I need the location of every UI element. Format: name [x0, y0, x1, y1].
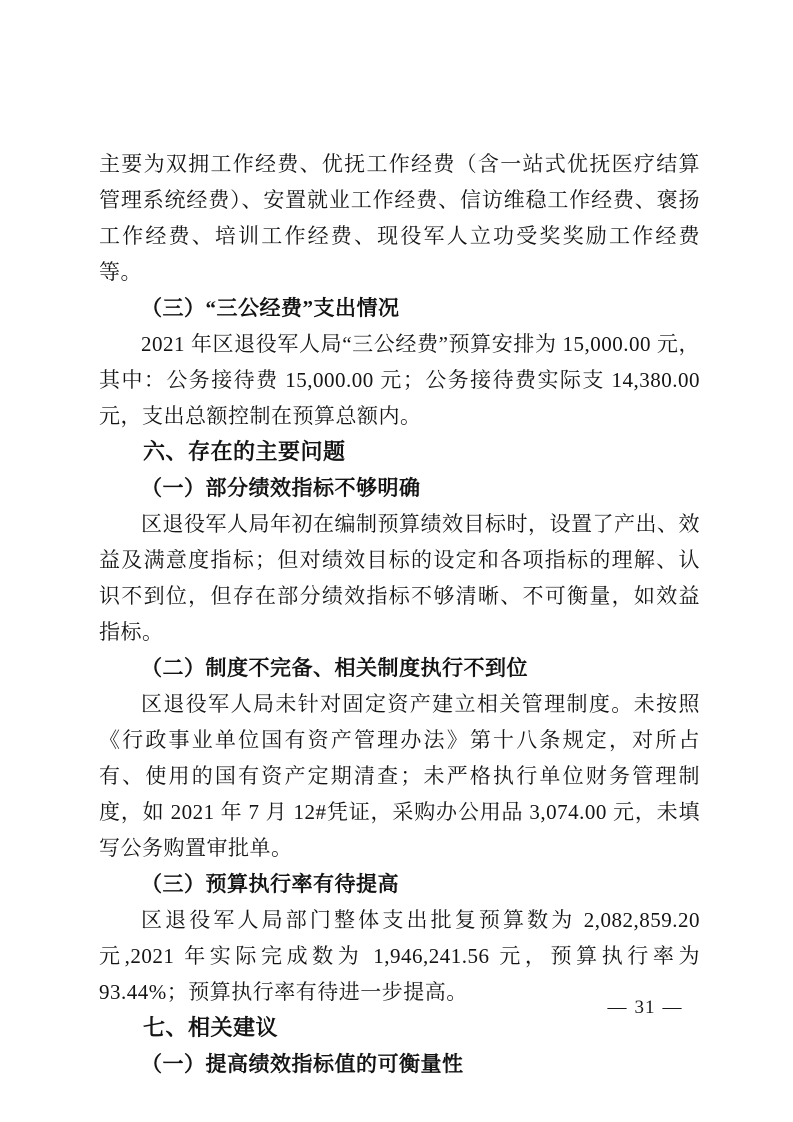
heading-three-public-expenses: （三）“三公经费”支出情况	[99, 290, 700, 326]
heading-problem-one-unclear-indicators: （一）部分绩效指标不够明确	[99, 470, 700, 506]
paragraph-three-public-expenses-detail: 2021 年区退役军人局“三公经费”预算安排为 15,000.00 元，其中：公…	[99, 326, 700, 434]
paragraph-problem-three-detail: 区退役军人局部门整体支出批复预算数为 2,082,859.20 元,2021 年…	[99, 902, 700, 1010]
document-page: 主要为双拥工作经费、优抚工作经费（含一站式优抚医疗结算管理系统经费）、安置就业工…	[0, 0, 793, 1122]
heading-problem-two-incomplete-system: （二）制度不完备、相关制度执行不到位	[99, 650, 700, 686]
document-content: 主要为双拥工作经费、优抚工作经费（含一站式优抚医疗结算管理系统经费）、安置就业工…	[99, 146, 700, 1082]
page-number-left-dash: —	[601, 997, 635, 1019]
page-number-right-dash: —	[656, 997, 690, 1019]
page-number-value: 31	[635, 997, 656, 1018]
heading-problem-three-budget-execution: （三）预算执行率有待提高	[99, 866, 700, 902]
paragraph-problem-two-detail: 区退役军人局未针对固定资产建立相关管理制度。未按照《行政事业单位国有资产管理办法…	[99, 686, 700, 866]
page-number: —31—	[590, 997, 700, 1019]
heading-suggestion-one-measurability: （一）提高绩效指标值的可衡量性	[99, 1046, 700, 1082]
heading-section-six-main-problems: 六、存在的主要问题	[99, 434, 700, 470]
paragraph-problem-one-detail: 区退役军人局年初在编制预算绩效目标时，设置了产出、效益及满意度指标；但对绩效目标…	[99, 506, 700, 650]
paragraph-work-funds-continuation: 主要为双拥工作经费、优抚工作经费（含一站式优抚医疗结算管理系统经费）、安置就业工…	[99, 146, 700, 290]
